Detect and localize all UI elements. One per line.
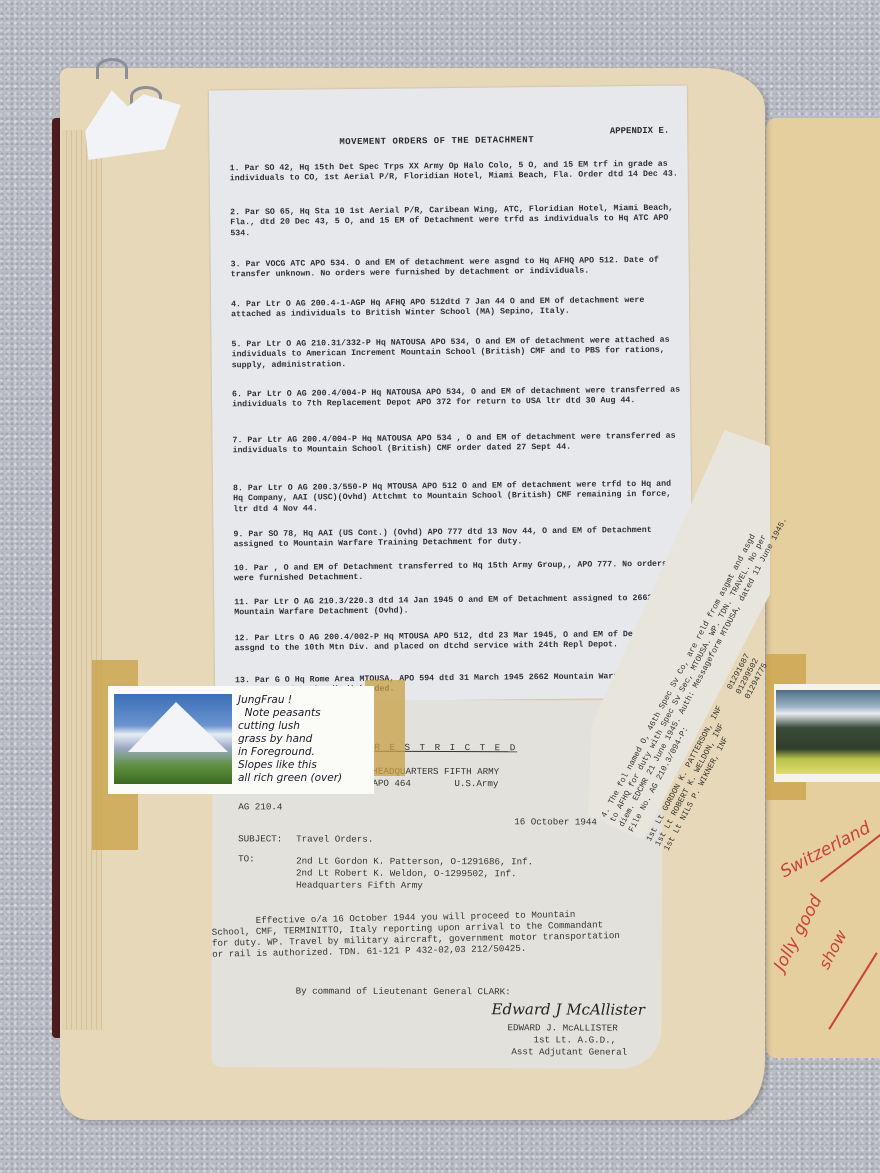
- appendix-label: APPENDIX E.: [610, 126, 670, 137]
- order-paragraph: 8. Par Ltr O AG 200.3/550-P Hq MTOUSA AP…: [233, 480, 683, 516]
- postcard-meadow: [774, 684, 880, 782]
- order-paragraph: 5. Par Ltr O AG 210.31/332-P Hq NATOUSA …: [231, 336, 681, 372]
- army-label: U.S.Army: [454, 778, 498, 789]
- handwritten-note: JungFrau ! Note peasants cutting lush gr…: [238, 694, 370, 785]
- page-stack-edge: [62, 130, 102, 1030]
- meadow-photo: [776, 690, 880, 774]
- command-line: By command of Lieutenant General CLARK:: [296, 986, 511, 998]
- recipient: Headquarters Fifth Army: [296, 880, 423, 891]
- order-paragraph: 4. Par Ltr O AG 200.4-1-AGP Hq AFHQ APO …: [231, 296, 681, 322]
- order-paragraph: 11. Par Ltr O AG 210.3/220.3 dtd 14 Jan …: [234, 594, 684, 620]
- subject-value: Travel Orders.: [296, 834, 373, 845]
- file-number: AG 210.4: [238, 801, 282, 812]
- signer-rank: 1st Lt. A.G.D.,: [533, 1034, 616, 1045]
- orders-body: Effective o/a 16 October 1944 you will p…: [211, 908, 620, 960]
- order-paragraph: 1. Par SO 42, Hq 15th Det Spec Trps XX A…: [230, 160, 680, 186]
- order-paragraph: 6. Par Ltr O AG 200.4/004-P Hq NATOUSA A…: [232, 386, 682, 412]
- order-paragraph: 2. Par SO 65, Hq Sta 10 1st Aerial P/R, …: [230, 204, 680, 240]
- mountain-photo: [114, 694, 232, 784]
- signature: Edward J McAllister: [492, 1000, 645, 1019]
- postcard-jungfrau: JungFrau ! Note peasants cutting lush gr…: [108, 686, 374, 794]
- order-paragraph: 12. Par Ltrs O AG 200.4/002-P Hq MTOUSA …: [235, 630, 685, 656]
- order-date: 16 October 1944: [514, 816, 597, 827]
- movement-orders-document: MOVEMENT ORDERS OF THE DETACHMENT APPEND…: [209, 86, 693, 703]
- binder-clip-icon: [96, 58, 128, 79]
- to-label: TO:: [238, 853, 255, 864]
- order-paragraph: 3. Par VOCG ATC APO 534. O and EM of det…: [231, 256, 681, 282]
- apo-label: APO 464: [372, 778, 411, 789]
- signer-name: EDWARD J. McALLISTER: [507, 1022, 617, 1033]
- signer-title: Asst Adjutant General: [511, 1046, 627, 1057]
- recipient: 2nd Lt Gordon K. Patterson, O-1291686, I…: [296, 856, 533, 868]
- subject-label: SUBJECT:: [238, 833, 282, 844]
- recipient: 2nd Lt Robert K. Weldon, O-1299502, Inf.: [296, 868, 517, 880]
- order-paragraph: 9. Par SO 78, Hq AAI (US Cont.) (Ovhd) A…: [233, 526, 683, 552]
- document-title: MOVEMENT ORDERS OF THE DETACHMENT: [339, 135, 534, 147]
- order-paragraph: 7. Par Ltr AG 200.4/004-P Hq NATOUSA APO…: [232, 432, 682, 458]
- order-paragraph: 10. Par , O and EM of Detachment transfe…: [234, 560, 684, 586]
